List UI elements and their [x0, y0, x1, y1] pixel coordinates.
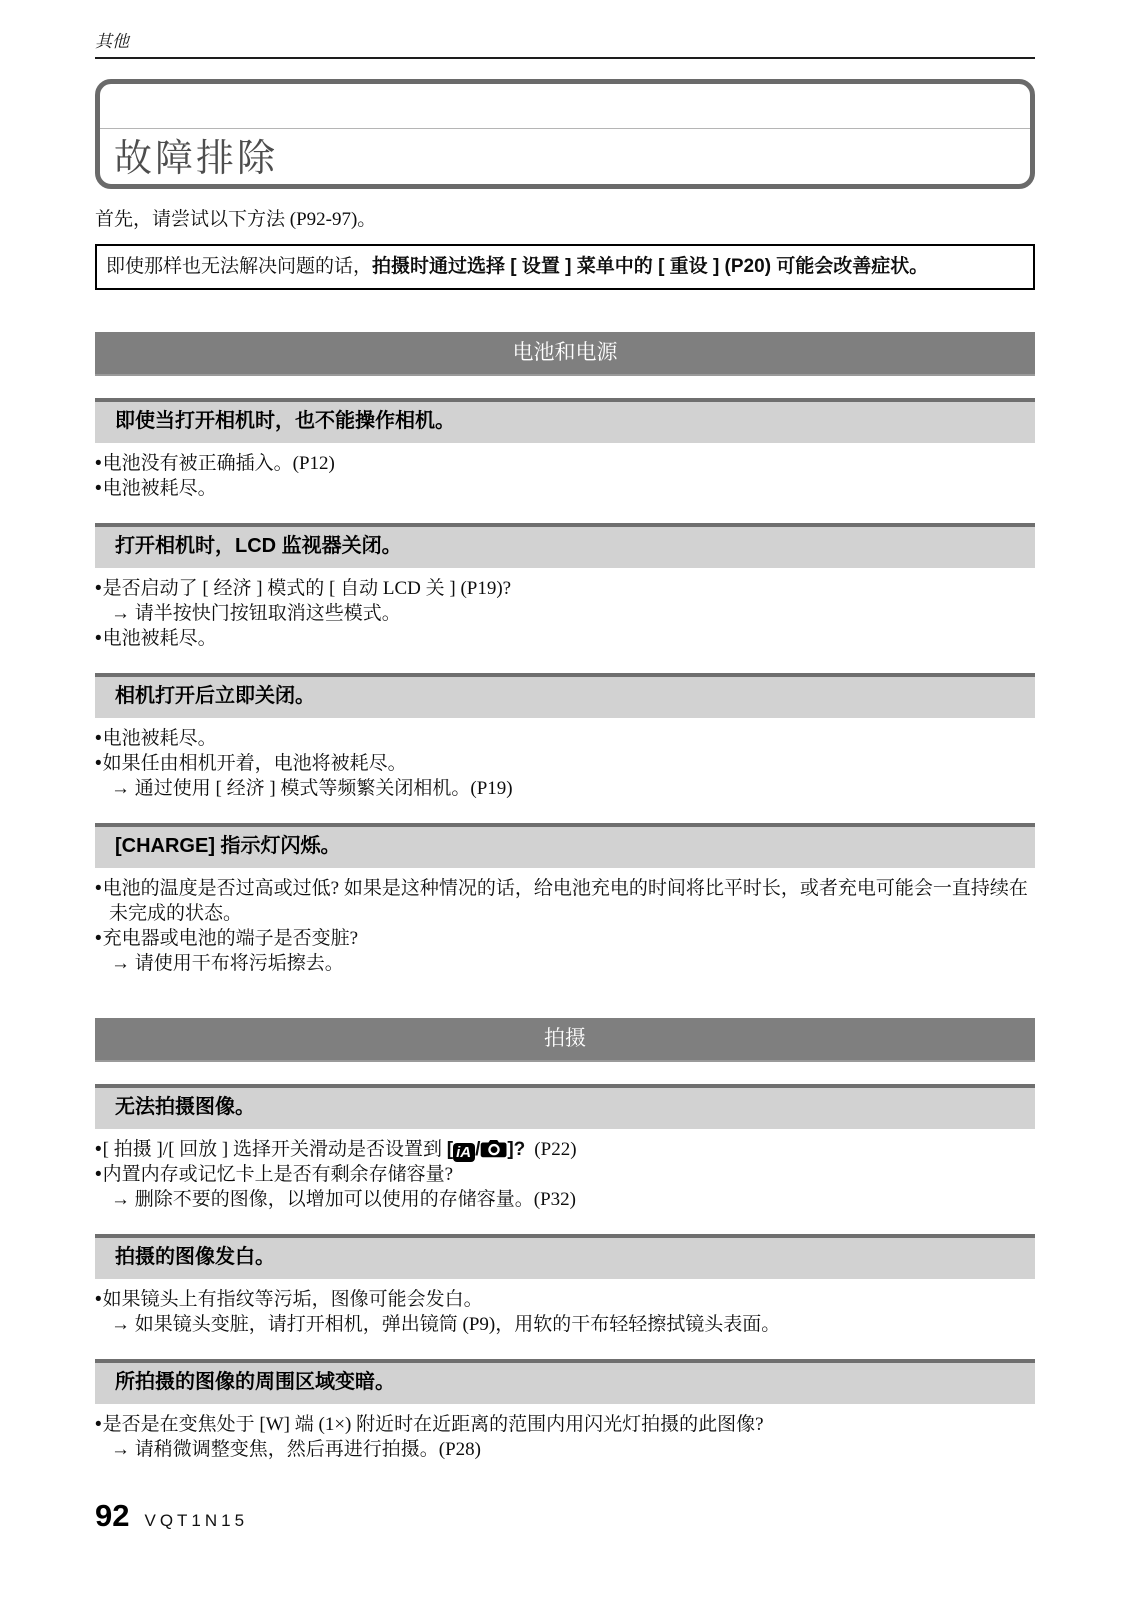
answer-block: 如果镜头上有指纹等污垢，图像可能会发白。 → 如果镜头变脏，请打开相机，弹出镜筒… — [95, 1287, 1035, 1337]
bullet-line: 如果任由相机开着，电池将被耗尽。 — [95, 751, 1035, 776]
reset-note-box: 即使那样也无法解决问题的话，拍摄时通过选择 [ 设置 ] 菜单中的 [ 重设 ]… — [95, 244, 1035, 290]
arrow-line: → 请使用干布将污垢擦去。 — [95, 951, 1035, 976]
answer-block: [ 拍摄 ]/[ 回放 ] 选择开关滑动是否设置到 [iA/]?(P22) 内置… — [95, 1137, 1035, 1212]
bullet-line: 如果镜头上有指纹等污垢，图像可能会发白。 — [95, 1287, 1035, 1312]
question-header: 所拍摄的图像的周围区域变暗。 — [95, 1359, 1035, 1404]
title-box-divider — [100, 128, 1030, 129]
note-regular-text: 即使那样也无法解决问题的话， — [106, 256, 372, 277]
question-header: 无法拍摄图像。 — [95, 1084, 1035, 1129]
question-header: 即使当打开相机时，也不能操作相机。 — [95, 398, 1035, 443]
arrow-line: → 删除不要的图像，以增加可以使用的存储容量。(P32) — [95, 1187, 1035, 1212]
document-code: VQT1N15 — [144, 1511, 248, 1531]
section-banner-battery: 电池和电源 — [95, 332, 1035, 376]
question-header: 相机打开后立即关闭。 — [95, 673, 1035, 718]
bullet-line: 充电器或电池的端子是否变脏? — [95, 926, 1035, 951]
answer-block: 电池被耗尽。 如果任由相机开着，电池将被耗尽。 → 通过使用 [ 经济 ] 模式… — [95, 726, 1035, 801]
bullet-line: 电池没有被正确插入。(P12) — [95, 451, 1035, 476]
bullet-line: 电池被耗尽。 — [95, 726, 1035, 751]
intelligent-auto-icon: iA — [453, 1143, 475, 1162]
page-footer: 92 VQT1N15 — [95, 1498, 248, 1534]
answer-block: 电池的温度是否过高或过低? 如果是这种情况的话，给电池充电的时间将比平时长，或者… — [95, 876, 1035, 976]
answer-block: 电池没有被正确插入。(P12) 电池被耗尽。 — [95, 451, 1035, 501]
bullet-line-with-icons: [ 拍摄 ]/[ 回放 ] 选择开关滑动是否设置到 [iA/]?(P22) — [95, 1137, 1035, 1162]
arrow-line: → 请半按快门按钮取消这些模式。 — [95, 601, 1035, 626]
intro-text: 首先，请尝试以下方法 (P92-97)。 — [95, 207, 1035, 232]
section-banner-recording: 拍摄 — [95, 1018, 1035, 1062]
bullet-line: 是否启动了 [ 经济 ] 模式的 [ 自动 LCD 关 ] (P19)? — [95, 576, 1035, 601]
bullet-line: 电池的温度是否过高或过低? 如果是这种情况的话，给电池充电的时间将比平时长，或者… — [95, 876, 1035, 926]
question-header: 拍摄的图像发白。 — [95, 1234, 1035, 1279]
bullet-line: 电池被耗尽。 — [95, 476, 1035, 501]
page-content: 其他 故障排除 首先，请尝试以下方法 (P92-97)。 即使那样也无法解决问题… — [0, 0, 1124, 1462]
note-bold-text: 拍摄时通过选择 [ 设置 ] 菜单中的 [ 重设 ] (P20) 可能会改善症状… — [372, 256, 928, 277]
page-ref: (P22) — [534, 1139, 576, 1160]
arrow-line: → 请稍微调整变焦，然后再进行拍摄。(P28) — [95, 1437, 1035, 1462]
bullet-line: 是否是在变焦处于 [W] 端 (1×) 附近时在近距离的范围内用闪光灯拍摄的此图… — [95, 1412, 1035, 1437]
answer-block: 是否是在变焦处于 [W] 端 (1×) 附近时在近距离的范围内用闪光灯拍摄的此图… — [95, 1412, 1035, 1462]
bracket-close: ]? — [507, 1139, 525, 1160]
arrow-line: → 通过使用 [ 经济 ] 模式等频繁关闭相机。(P19) — [95, 776, 1035, 801]
chapter-title-box: 故障排除 — [95, 79, 1035, 189]
camera-icon — [480, 1138, 507, 1158]
arrow-line: → 如果镜头变脏，请打开相机，弹出镜筒 (P9)，用软的干布轻轻擦拭镜头表面。 — [95, 1312, 1035, 1337]
manual-page: 其他 故障排除 首先，请尝试以下方法 (P92-97)。 即使那样也无法解决问题… — [0, 0, 1124, 1600]
bullet-line: 内置内存或记忆卡上是否有剩余存储容量? — [95, 1162, 1035, 1187]
question-header: [CHARGE] 指示灯闪烁。 — [95, 823, 1035, 868]
bullet-line: 电池被耗尽。 — [95, 626, 1035, 651]
answer-block: 是否启动了 [ 经济 ] 模式的 [ 自动 LCD 关 ] (P19)? → 请… — [95, 576, 1035, 651]
page-title: 故障排除 — [114, 137, 278, 181]
icon-line-pre: [ 拍摄 ]/[ 回放 ] 选择开关滑动是否设置到 — [103, 1139, 447, 1160]
question-header: 打开相机时，LCD 监视器关闭。 — [95, 523, 1035, 568]
chapter-label: 其他 — [95, 32, 1035, 59]
page-number: 92 — [95, 1498, 129, 1534]
